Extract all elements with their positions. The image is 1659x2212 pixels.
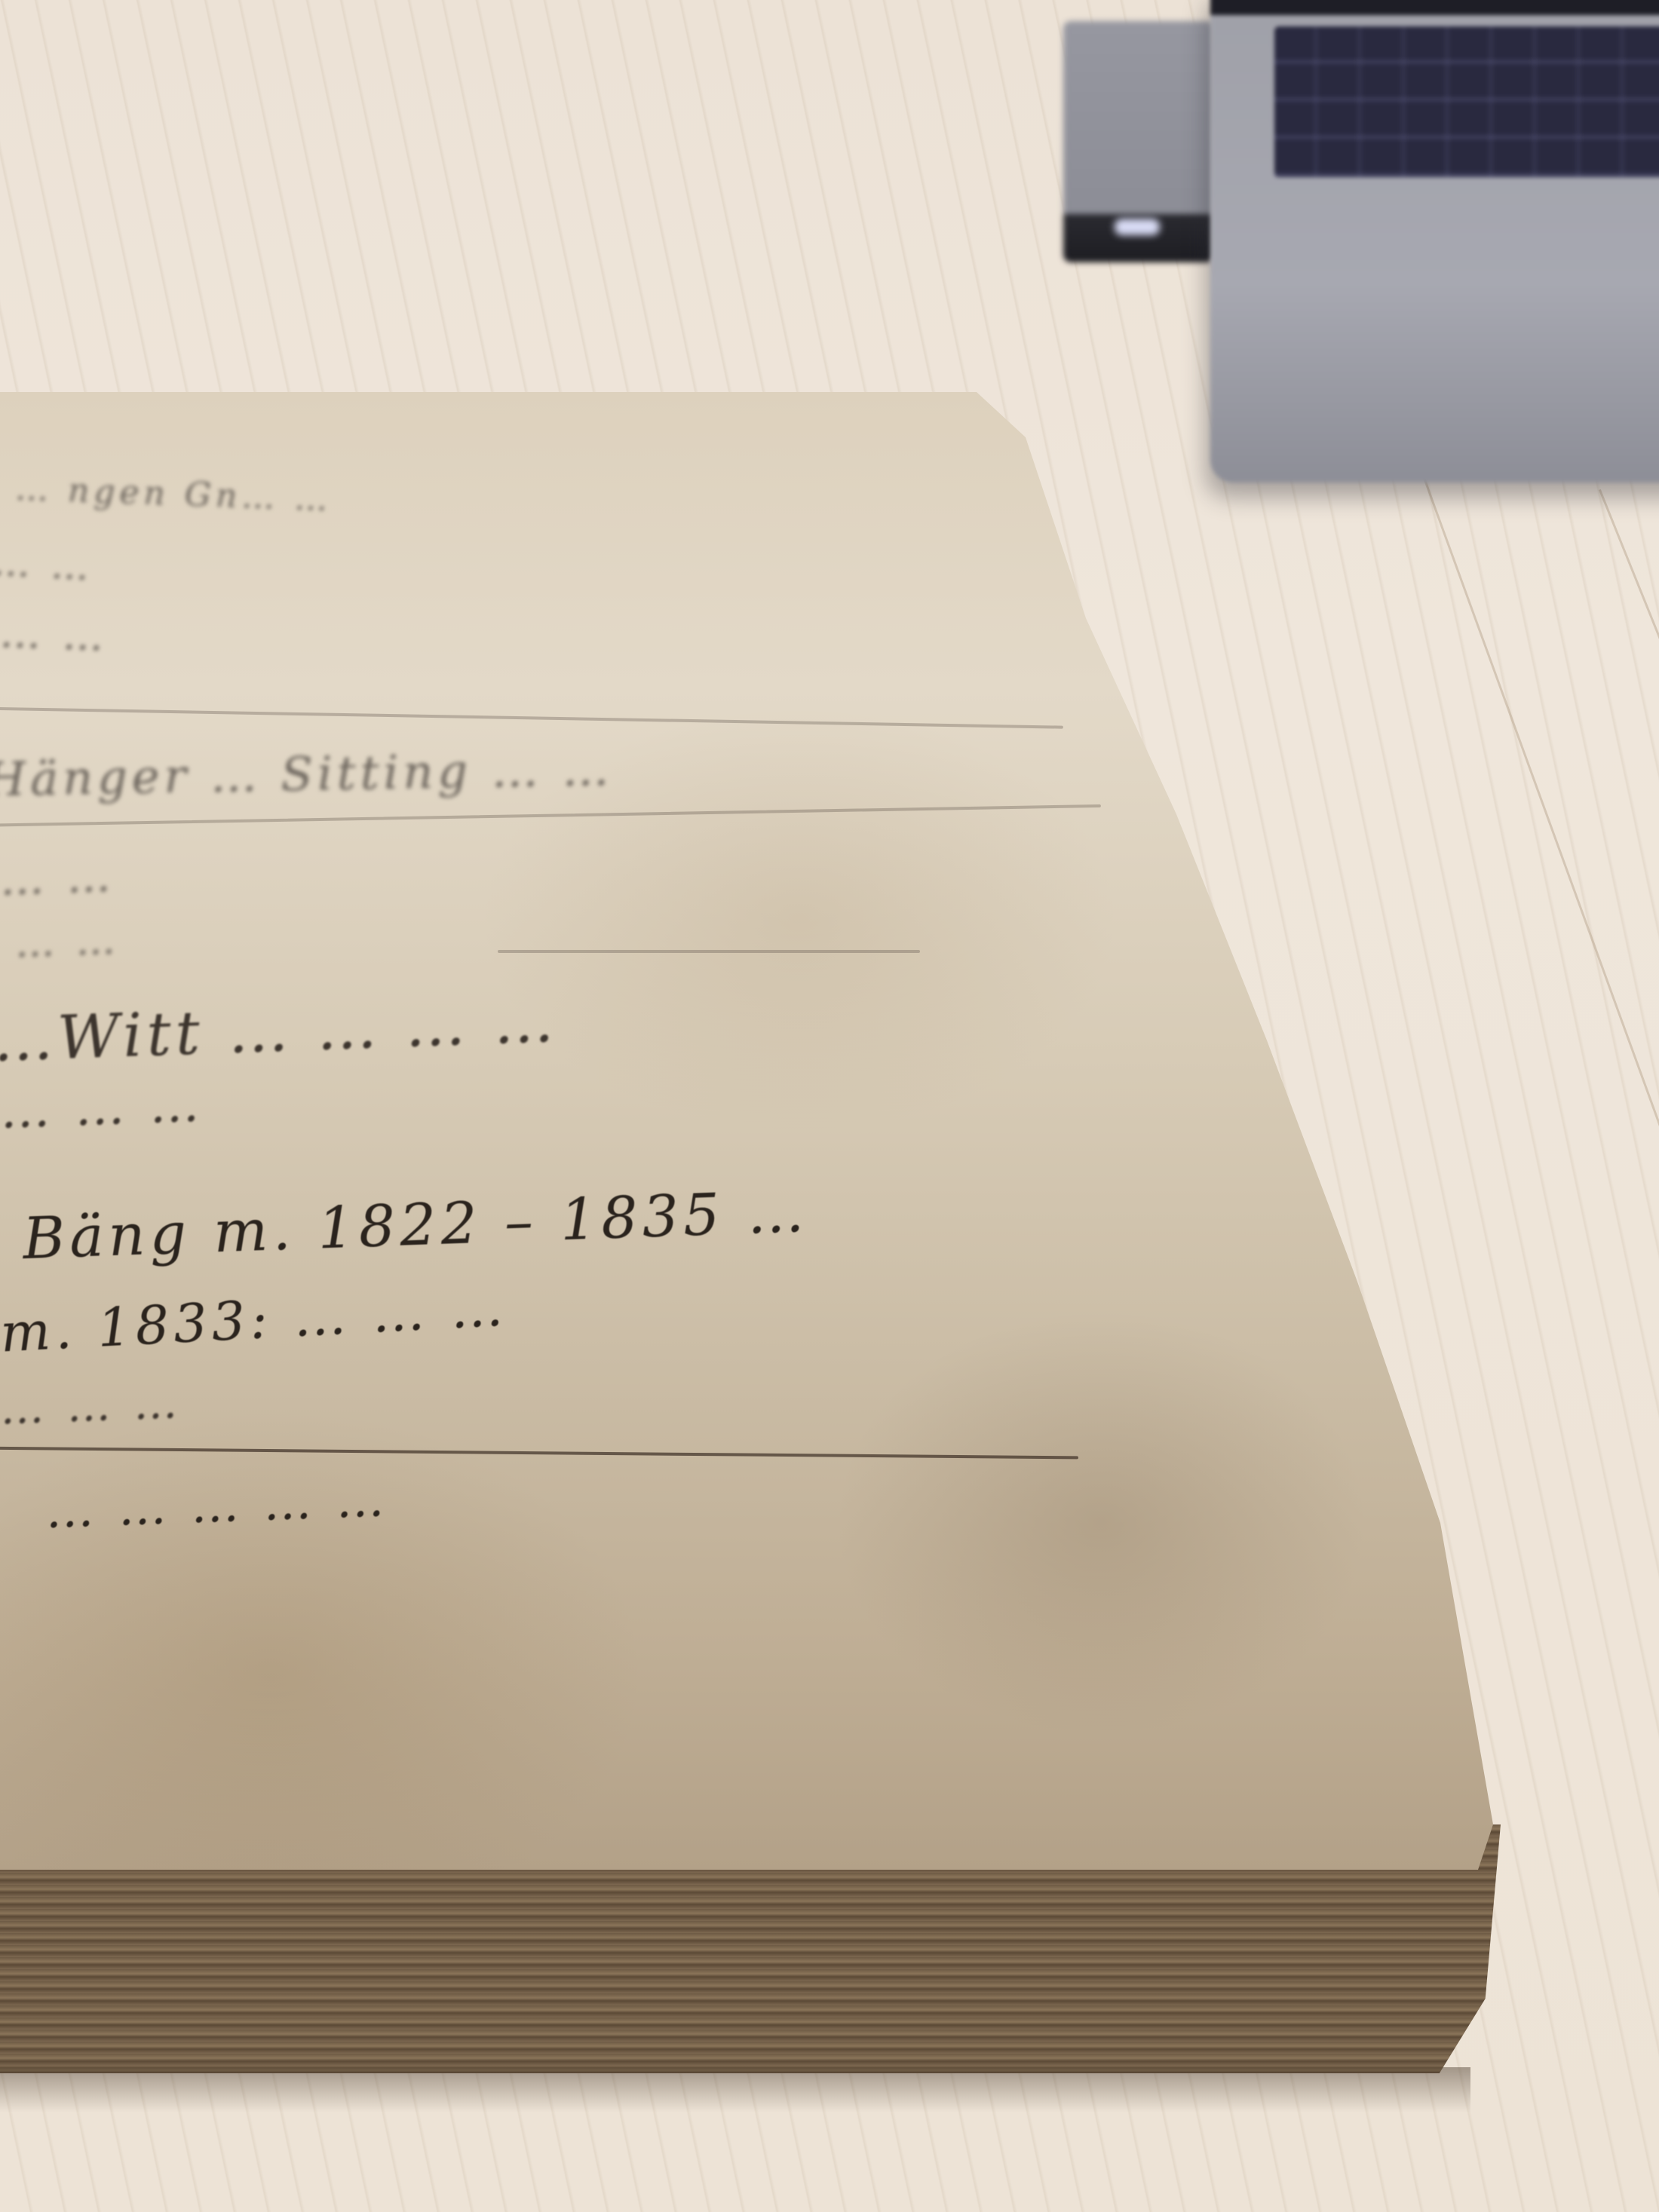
book-shadow <box>0 2067 1470 2112</box>
laptop-hinge <box>1210 0 1659 15</box>
handwriting-line: … … … <box>0 1074 204 1139</box>
handwriting-line: … … <box>0 609 109 660</box>
handwriting-line: …Witt … … … … <box>0 985 560 1075</box>
handwriting-line: … ngen Gn… … <box>14 470 333 519</box>
hub-led-light <box>1115 219 1160 235</box>
ruled-line <box>498 950 920 953</box>
ruled-line <box>0 804 1101 827</box>
handwriting-line: … … <box>14 918 121 967</box>
handwriting-line: Hänger … Sitting … … <box>0 741 614 807</box>
handwriting-line-dates: m. 1833: … … … <box>0 1276 509 1364</box>
handwriting-line: … … <box>0 850 116 905</box>
handwriting-line: … … <box>0 541 94 590</box>
handwriting-line: … … … <box>0 1377 182 1434</box>
ruled-line <box>0 1447 1078 1460</box>
manuscript-book: … ngen Gn… … … … … … Hänger … Sitting … … <box>0 392 1531 2156</box>
handwriting-line: … … … … … <box>44 1472 390 1540</box>
manuscript-page: … ngen Gn… … … … … … Hänger … Sitting … … <box>0 392 1531 1870</box>
laptop-keyboard <box>1274 26 1659 177</box>
handwriting-line-dates: Bäng m. 1822 – 1835 … <box>22 1178 810 1272</box>
ruled-line <box>0 706 1063 728</box>
